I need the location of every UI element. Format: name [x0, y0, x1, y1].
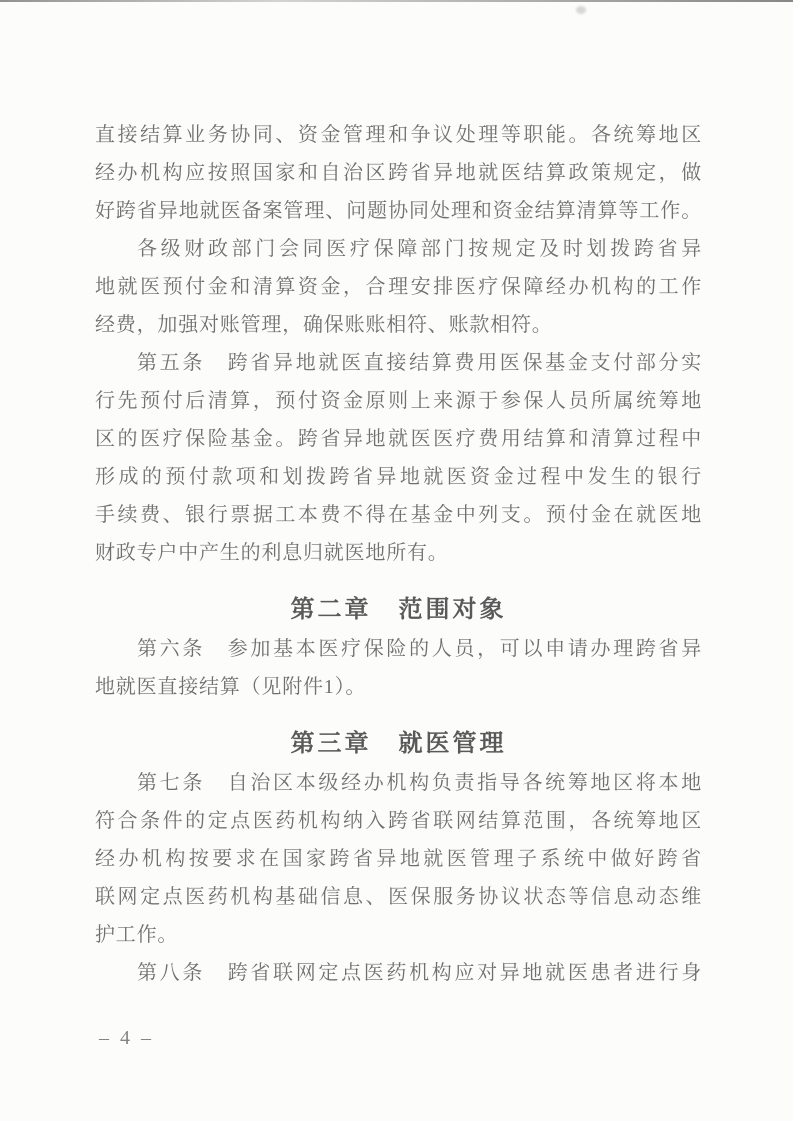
paragraph: 第七条 自治区本级经办机构负责指导各统筹地区将本地符合条件的定点医药机构纳入跨省…	[95, 764, 702, 954]
text-line: 联网定点医药机构基础信息、医保服务协议状态等信息动态维	[95, 878, 702, 916]
text-line: 手续费、银行票据工本费不得在基金中列支。预付金在就医地	[95, 496, 702, 534]
text-line: 第五条 跨省异地就医直接结算费用医保基金支付部分实	[95, 344, 702, 382]
text-line: 财政专户中产生的利息归就医地所有。	[95, 534, 702, 572]
text-line: 地就医直接结算（见附件1）。	[95, 668, 702, 706]
paragraph: 第五条 跨省异地就医直接结算费用医保基金支付部分实行先预付后清算，预付资金原则上…	[95, 344, 702, 572]
text-line: 符合条件的定点医药机构纳入跨省联网结算范围，各统筹地区	[95, 802, 702, 840]
text-line: 第八条 跨省联网定点医药机构应对异地就医患者进行身	[95, 954, 702, 992]
page-number: – 4 –	[99, 1026, 154, 1050]
paragraph: 直接结算业务协同、资金管理和争议处理等职能。各统筹地区经办机构应按照国家和自治区…	[95, 116, 702, 230]
text-line: 第六条 参加基本医疗保险的人员，可以申请办理跨省异	[95, 630, 702, 668]
text-line: 经费，加强对账管理，确保账账相符、账款相符。	[95, 306, 702, 344]
text-line: 各级财政部门会同医疗保障部门按规定及时划拨跨省异	[95, 230, 702, 268]
document-page: 直接结算业务协同、资金管理和争议处理等职能。各统筹地区经办机构应按照国家和自治区…	[0, 0, 793, 1121]
text-line: 护工作。	[95, 916, 702, 954]
document-content: 直接结算业务协同、资金管理和争议处理等职能。各统筹地区经办机构应按照国家和自治区…	[95, 116, 702, 992]
paragraph: 各级财政部门会同医疗保障部门按规定及时划拨跨省异地就医预付金和清算资金，合理安排…	[95, 230, 702, 344]
text-line: 经办机构按要求在国家跨省异地就医管理子系统中做好跨省	[95, 840, 702, 878]
text-line: 地就医预付金和清算资金，合理安排医疗保障经办机构的工作	[95, 268, 702, 306]
chapter-heading: 第二章 范围对象	[95, 590, 702, 630]
text-line: 直接结算业务协同、资金管理和争议处理等职能。各统筹地区	[95, 116, 702, 154]
text-line: 行先预付后清算，预付资金原则上来源于参保人员所属统筹地	[95, 382, 702, 420]
scan-artifact-top-edge	[0, 0, 793, 2]
scan-artifact-smudge	[576, 6, 586, 14]
chapter-heading: 第三章 就医管理	[95, 724, 702, 764]
text-line: 好跨省异地就医备案管理、问题协同处理和资金结算清算等工作。	[95, 192, 702, 230]
text-line: 形成的预付款项和划拨跨省异地就医资金过程中发生的银行	[95, 458, 702, 496]
text-line: 区的医疗保险基金。跨省异地就医医疗费用结算和清算过程中	[95, 420, 702, 458]
text-line: 经办机构应按照国家和自治区跨省异地就医结算政策规定，做	[95, 154, 702, 192]
text-line: 第七条 自治区本级经办机构负责指导各统筹地区将本地	[95, 764, 702, 802]
paragraph: 第八条 跨省联网定点医药机构应对异地就医患者进行身	[95, 954, 702, 992]
paragraph: 第六条 参加基本医疗保险的人员，可以申请办理跨省异地就医直接结算（见附件1）。	[95, 630, 702, 706]
